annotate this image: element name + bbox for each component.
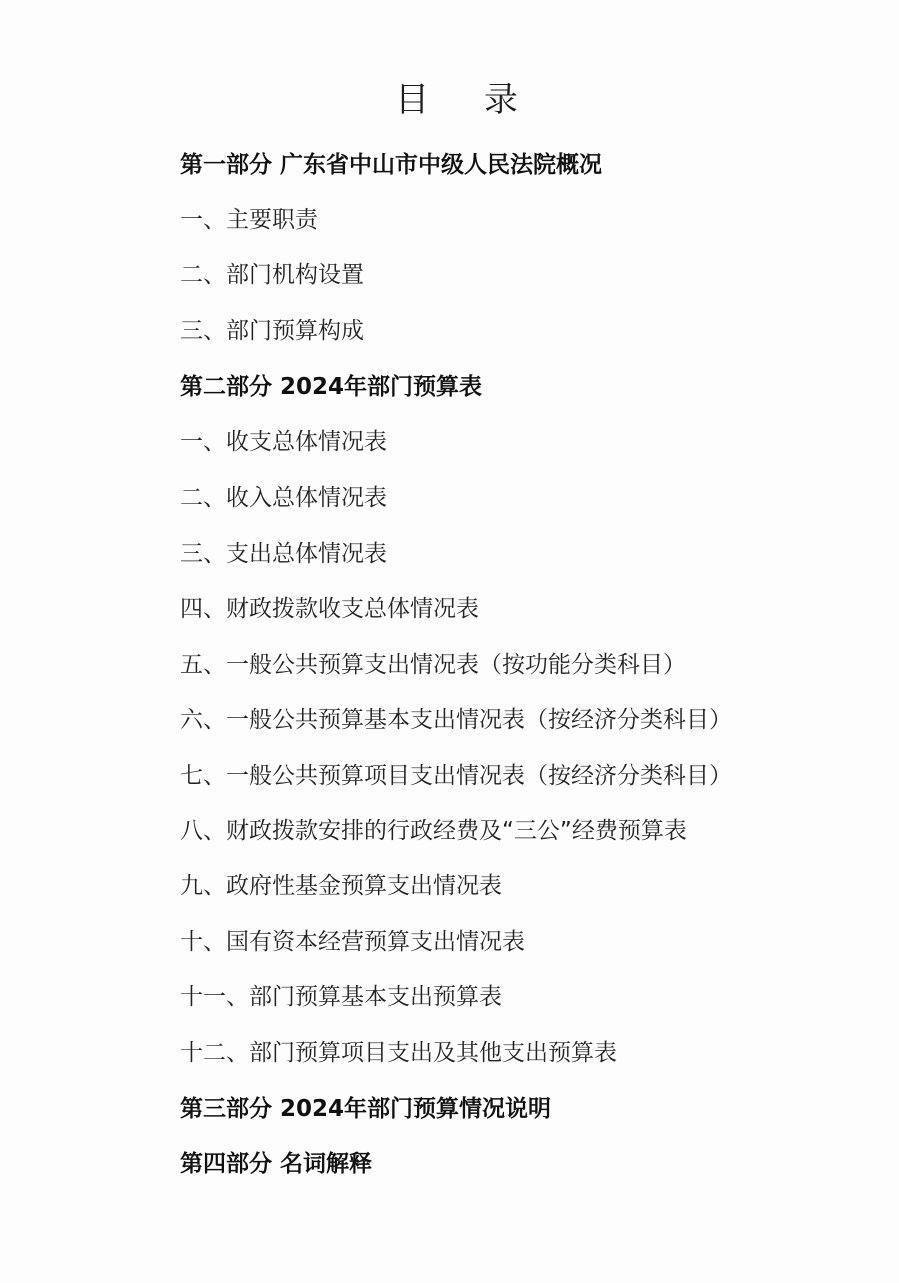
- toc-item: 一、收支总体情况表: [180, 427, 387, 457]
- toc-item: 三、支出总体情况表: [180, 539, 387, 569]
- document-page: 目 录 第一部分 广东省中山市中级人民法院概况一、主要职责二、部门机构设置三、部…: [0, 0, 899, 1283]
- toc-item: 十、国有资本经营预算支出情况表: [180, 927, 525, 957]
- toc-part-heading: 第四部分 名词解释: [180, 1149, 372, 1179]
- toc-part-heading: 第三部分 2024年部门预算情况说明: [180, 1094, 551, 1124]
- toc-item: 九、政府性基金预算支出情况表: [180, 871, 502, 901]
- toc-item: 八、财政拨款安排的行政经费及“三公”经费预算表: [180, 816, 687, 846]
- toc-title: 目 录: [0, 72, 899, 121]
- toc-item: 二、部门机构设置: [180, 260, 364, 290]
- toc-item: 四、财政拨款收支总体情况表: [180, 594, 479, 624]
- toc-item: 七、一般公共预算项目支出情况表（按经济分类科目）: [180, 761, 732, 791]
- toc-item: 一、主要职责: [180, 205, 318, 235]
- toc-part-heading: 第二部分 2024年部门预算表: [180, 372, 482, 402]
- toc-item: 五、一般公共预算支出情况表（按功能分类科目）: [180, 650, 686, 680]
- toc-item: 六、一般公共预算基本支出情况表（按经济分类科目）: [180, 705, 732, 735]
- toc-item: 三、部门预算构成: [180, 316, 364, 346]
- toc-item: 十一、部门预算基本支出预算表: [180, 982, 502, 1012]
- toc-part-heading: 第一部分 广东省中山市中级人民法院概况: [180, 150, 602, 180]
- toc-item: 二、收入总体情况表: [180, 483, 387, 513]
- toc-item: 十二、部门预算项目支出及其他支出预算表: [180, 1038, 617, 1068]
